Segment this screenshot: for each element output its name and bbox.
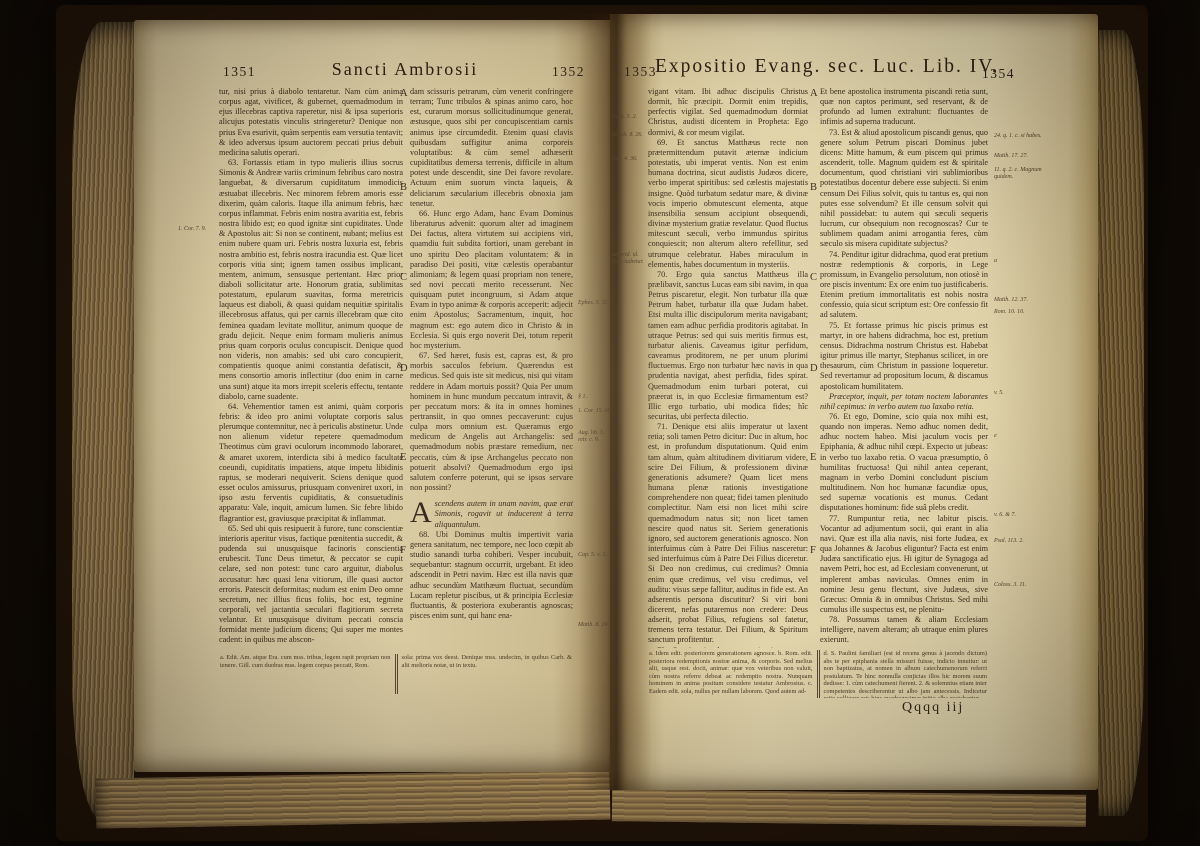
margin-note: Psal. 113. 2. bbox=[994, 538, 1042, 545]
signature-mark: Qqqq iij bbox=[902, 700, 964, 716]
footnote: d. S. Paulini familiari (est id recens g… bbox=[817, 650, 992, 698]
margin-note: Luc. 4. 36. bbox=[612, 156, 644, 163]
paragraph: 74. Penditur igitur didrachma, quod erat… bbox=[820, 250, 988, 321]
paragraph: dam scissuris petrarum, cùm venerit conf… bbox=[410, 87, 573, 209]
paragraph: 71. Denique etsi aliis imperatur ut laxe… bbox=[648, 422, 808, 645]
paragraph: 78. Possumus tamen & aliam Ecclesiam int… bbox=[820, 615, 988, 645]
running-title-right: Expositio Evang. sec. Luc. Lib. IV. bbox=[655, 56, 975, 78]
column-marker-letter: E bbox=[810, 452, 816, 463]
column-marker-letter: D bbox=[400, 363, 408, 374]
paragraph: 67. Sed hæret, fusis est, capras est, & … bbox=[410, 351, 573, 493]
page-stack-bottom-right bbox=[612, 789, 1086, 827]
running-title-left: Sancti Ambrosii bbox=[270, 59, 540, 80]
paragraph: 76. Et ego, Domine, scio quia nox mihi e… bbox=[820, 412, 988, 514]
margin-note: a bbox=[994, 258, 1042, 265]
drop-cap-A: A bbox=[410, 499, 435, 525]
folio-number-1353: 1353 bbox=[624, 64, 657, 80]
paragraph: 69. Et sanctus Matthæus recte non præter… bbox=[648, 138, 808, 270]
right-page-column-2: Et bene apostolica instrumenta piscandi … bbox=[820, 87, 988, 648]
margin-note: Cap. 5. v. 3. bbox=[578, 552, 614, 559]
column-marker-letter: F bbox=[400, 545, 406, 556]
pericope-text: scendens autem in unam navim, quæ erat S… bbox=[435, 499, 573, 528]
margin-note: Matth. 8. 26. bbox=[612, 132, 644, 139]
paragraph: 66. Hunc ergo Adam, hanc Evam Dominus li… bbox=[410, 209, 573, 351]
footnote: sola: prima vox deest. Denique mss. unde… bbox=[395, 654, 577, 694]
margin-note: e bbox=[994, 433, 1042, 440]
column-marker-letter: E bbox=[400, 452, 406, 463]
paragraph: 77. Rumpuntur retia, nec labitur piscis.… bbox=[820, 514, 988, 616]
paragraph: vigant vitam. Ibi adhuc discipulis Chris… bbox=[648, 87, 808, 138]
left-page-column-1: tur, nisi prius à diabolo tentaretur. Na… bbox=[219, 87, 403, 648]
paragraph: 73. Est & aliud apostolicum piscandi gen… bbox=[820, 128, 988, 250]
column-marker-letter: B bbox=[810, 182, 817, 193]
column-marker-letter: B bbox=[400, 182, 407, 193]
folio-number-1354: 1354 bbox=[982, 66, 1015, 82]
paragraph: tur, nisi prius à diabolo tentaretur. Na… bbox=[219, 87, 403, 158]
margin-note: Matth. 17. 27. bbox=[994, 153, 1042, 160]
paragraph: 70. Ergo quia sanctus Matthæus illa præl… bbox=[648, 270, 808, 422]
column-marker-letter: F bbox=[810, 545, 816, 556]
margin-note: 24. q. 1. c. si habes. bbox=[994, 133, 1042, 140]
folio-number-1352: 1352 bbox=[552, 64, 585, 80]
column-marker-letter: C bbox=[400, 272, 407, 283]
column-marker-letter: D bbox=[810, 363, 818, 374]
page-stack-bottom-left bbox=[96, 770, 611, 829]
margin-note: 1. Cor. 7. 9. bbox=[178, 226, 214, 233]
margin-note: 11. q. 2. c. Magnum quidem. bbox=[994, 167, 1042, 180]
fore-edge-page-stack-left bbox=[72, 22, 134, 820]
paragraph: 72. Quasi enim laxamus retia, ita quoque… bbox=[648, 646, 808, 648]
pericope-luke-5-3: Ascendens autem in unam navim, quæ erat … bbox=[410, 499, 573, 529]
paragraph: 64. Vehementior tamen est animi, quàm co… bbox=[219, 402, 403, 524]
margin-note: § 1. bbox=[578, 394, 614, 401]
column-marker-letter: A bbox=[810, 88, 818, 99]
column-marker-letter: C bbox=[810, 272, 817, 283]
page-stack-right bbox=[1098, 30, 1144, 816]
left-page-footnotes: a. Edit. Am. atque Era. cum mss. tribus,… bbox=[216, 654, 576, 694]
right-page-column-1: vigant vitam. Ibi adhuc discipulis Chris… bbox=[648, 87, 808, 648]
column-marker-letter: A bbox=[400, 88, 408, 99]
margin-note: Matth. 12. 37. bbox=[994, 297, 1042, 304]
margin-note: v. 5. bbox=[994, 390, 1042, 397]
margin-note: Ephes. 5. 32. bbox=[578, 300, 614, 307]
margin-note: ad prid. id. Nov. habetur. bbox=[612, 252, 644, 265]
margin-note: Coloss. 3. 11. bbox=[994, 582, 1042, 589]
left-page-column-2: dam scissuris petrarum, cùm venerit conf… bbox=[410, 87, 573, 648]
right-page-footnotes: a. Idem edit. posteriorem generationem a… bbox=[645, 650, 991, 698]
paragraph: 63. Fortassis etiam in typo mulieris ill… bbox=[219, 158, 403, 402]
margin-note: 1. Cor. 15. 49. bbox=[578, 408, 614, 415]
margin-note: Matth. 8. 24. bbox=[578, 622, 614, 629]
paragraph: 75. Et fortasse primus hic piscis primus… bbox=[820, 321, 988, 392]
paragraph: Et bene apostolica instrumenta piscandi … bbox=[820, 87, 988, 128]
margin-note: v. 6. & 7. bbox=[994, 512, 1042, 519]
margin-note: Aug. lib. 1. retr. c. 9. bbox=[578, 430, 614, 443]
margin-note: Rom. 10. 10. bbox=[994, 309, 1042, 316]
margin-note: Cant. 5. 2. bbox=[612, 114, 644, 121]
paragraph: 68. Ubi Dominus multis impertivit varia … bbox=[410, 530, 573, 621]
paragraph: 65. Sed ubi quis resipuerit à furore, tu… bbox=[219, 524, 403, 646]
footnote: a. Idem edit. posteriorem generationem a… bbox=[645, 650, 817, 698]
footnote: a. Edit. Am. atque Era. cum mss. tribus,… bbox=[216, 654, 395, 694]
scripture-quote-luke-5-5: Præceptor, inquit, per totam noctem labo… bbox=[820, 392, 988, 412]
folio-number-1351: 1351 bbox=[223, 64, 256, 80]
book-photograph: 1351 Sancti Ambrosii 1352 tur, nisi priu… bbox=[0, 0, 1200, 846]
